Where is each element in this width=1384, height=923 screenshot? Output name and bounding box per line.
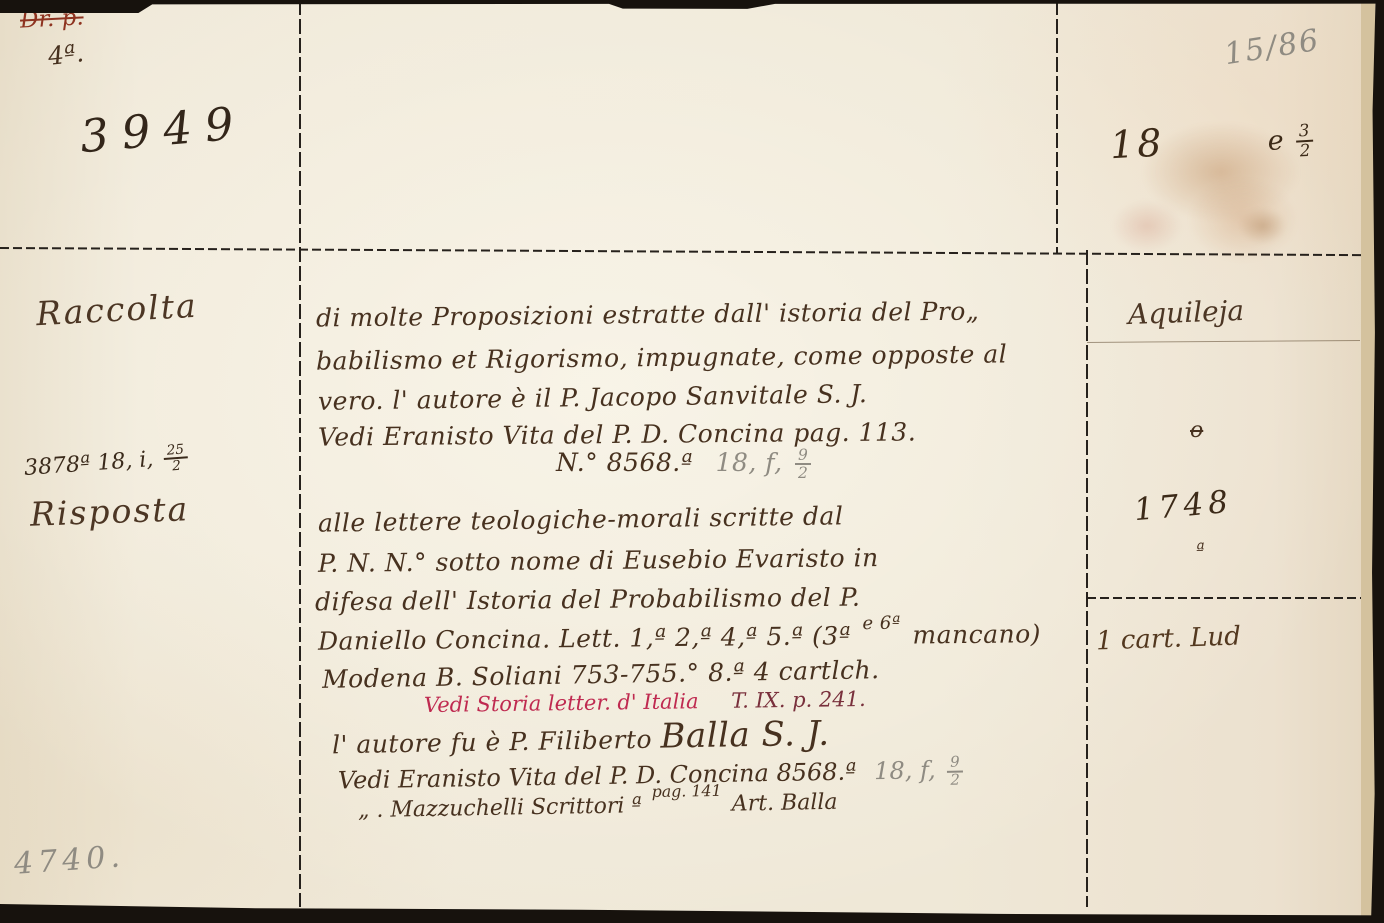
interlinear-insertion: pag. 141	[651, 781, 721, 801]
entry2-line: alle lettere teologiche-morali scritte d…	[318, 501, 844, 537]
pencil-annotation: 18, f, 9 2	[874, 756, 963, 786]
entry2-author-line: l' autore fu è P. Filiberto Balla S. J.	[332, 714, 830, 763]
bottom-pencil-number: 4740.	[13, 839, 126, 882]
reference-fraction: 25 2	[163, 442, 188, 474]
archive-number-pencil: 15/86	[1222, 23, 1323, 73]
pencil-fraction: 9 2	[795, 447, 811, 482]
column-divider-right-upper	[1056, 0, 1058, 253]
year-of-publication: 1748	[1133, 484, 1235, 528]
header-row-divider	[0, 247, 1384, 256]
price-fraction: 3 2	[1295, 122, 1314, 160]
stain-gap	[1174, 150, 1260, 155]
entry-type-risposta: Risposta	[29, 489, 189, 534]
column-divider-right-lower	[1086, 250, 1088, 907]
reference-detail: 18, i,	[97, 447, 155, 476]
ink-stain	[1240, 208, 1286, 244]
entry1-line: vero. l' autore è il P. Jacopo Sanvitale…	[318, 379, 868, 416]
price-connector: e	[1267, 125, 1285, 157]
entry1-line: di molte Proposizioni estratte dall' ist…	[316, 297, 980, 333]
pencil-fraction: 9 2	[947, 755, 963, 788]
interlinear-insertion: e 6ª	[862, 613, 901, 634]
record-number: 3949	[78, 96, 249, 163]
entry1-catalog-number-line: N.° 8568.ª 18, f, 9 2	[556, 447, 811, 482]
entry1-line: babilismo et Rigorismo, impugnate, come …	[316, 339, 1007, 375]
entry2-reference-line: Vedi Eranisto Vita del P. D. Concina 856…	[338, 755, 963, 799]
entry2-red-reference-line: Vedi Storia letter. d' Italia T. IX. p. …	[424, 687, 866, 717]
entry-type-raccolta: Raccolta	[35, 286, 198, 333]
ditto-mark: ª	[1196, 540, 1205, 561]
author-name: Balla S. J.	[660, 714, 830, 757]
ditto-mark: o	[1190, 418, 1203, 443]
place-of-publication: Aquileja	[1127, 294, 1244, 331]
pencil-annotation: 18, f, 9 2	[716, 448, 812, 477]
volume-page-reference: T. IX. p. 241.	[731, 687, 866, 713]
format-mark: 4ª.	[47, 38, 86, 71]
reference-number: 3878ª	[23, 451, 91, 481]
scan-edge-bottom	[0, 904, 1384, 923]
binding-note: 1 cart. Lud	[1096, 621, 1242, 656]
scanned-catalog-card: Dr. p. 4ª. 3949 15/86 18 e 3 2 Raccolta …	[0, 0, 1384, 923]
cross-reference-line: 3878ª 18, i, 25 2	[23, 442, 189, 484]
right-column-rule	[1087, 597, 1372, 599]
ink-stain	[1112, 200, 1182, 252]
red-ink-reference: Vedi Storia letter. d' Italia	[424, 689, 699, 717]
column-divider-left	[299, 0, 301, 907]
price-number: 18	[1109, 120, 1166, 167]
entry2-line: P. N. N.° sotto nome di Eusebio Evaristo…	[318, 543, 879, 578]
entry2-imprint-line: Daniello Concina. Lett. 1,ª 2,ª 4,ª 5.ª …	[318, 619, 1041, 656]
scan-edge-top	[0, 0, 1384, 13]
entry2-line: difesa dell' Istoria del Probabilismo de…	[315, 583, 861, 617]
right-column-faint-rule	[1087, 340, 1360, 343]
catalog-number: N.° 8568.ª	[556, 448, 693, 477]
